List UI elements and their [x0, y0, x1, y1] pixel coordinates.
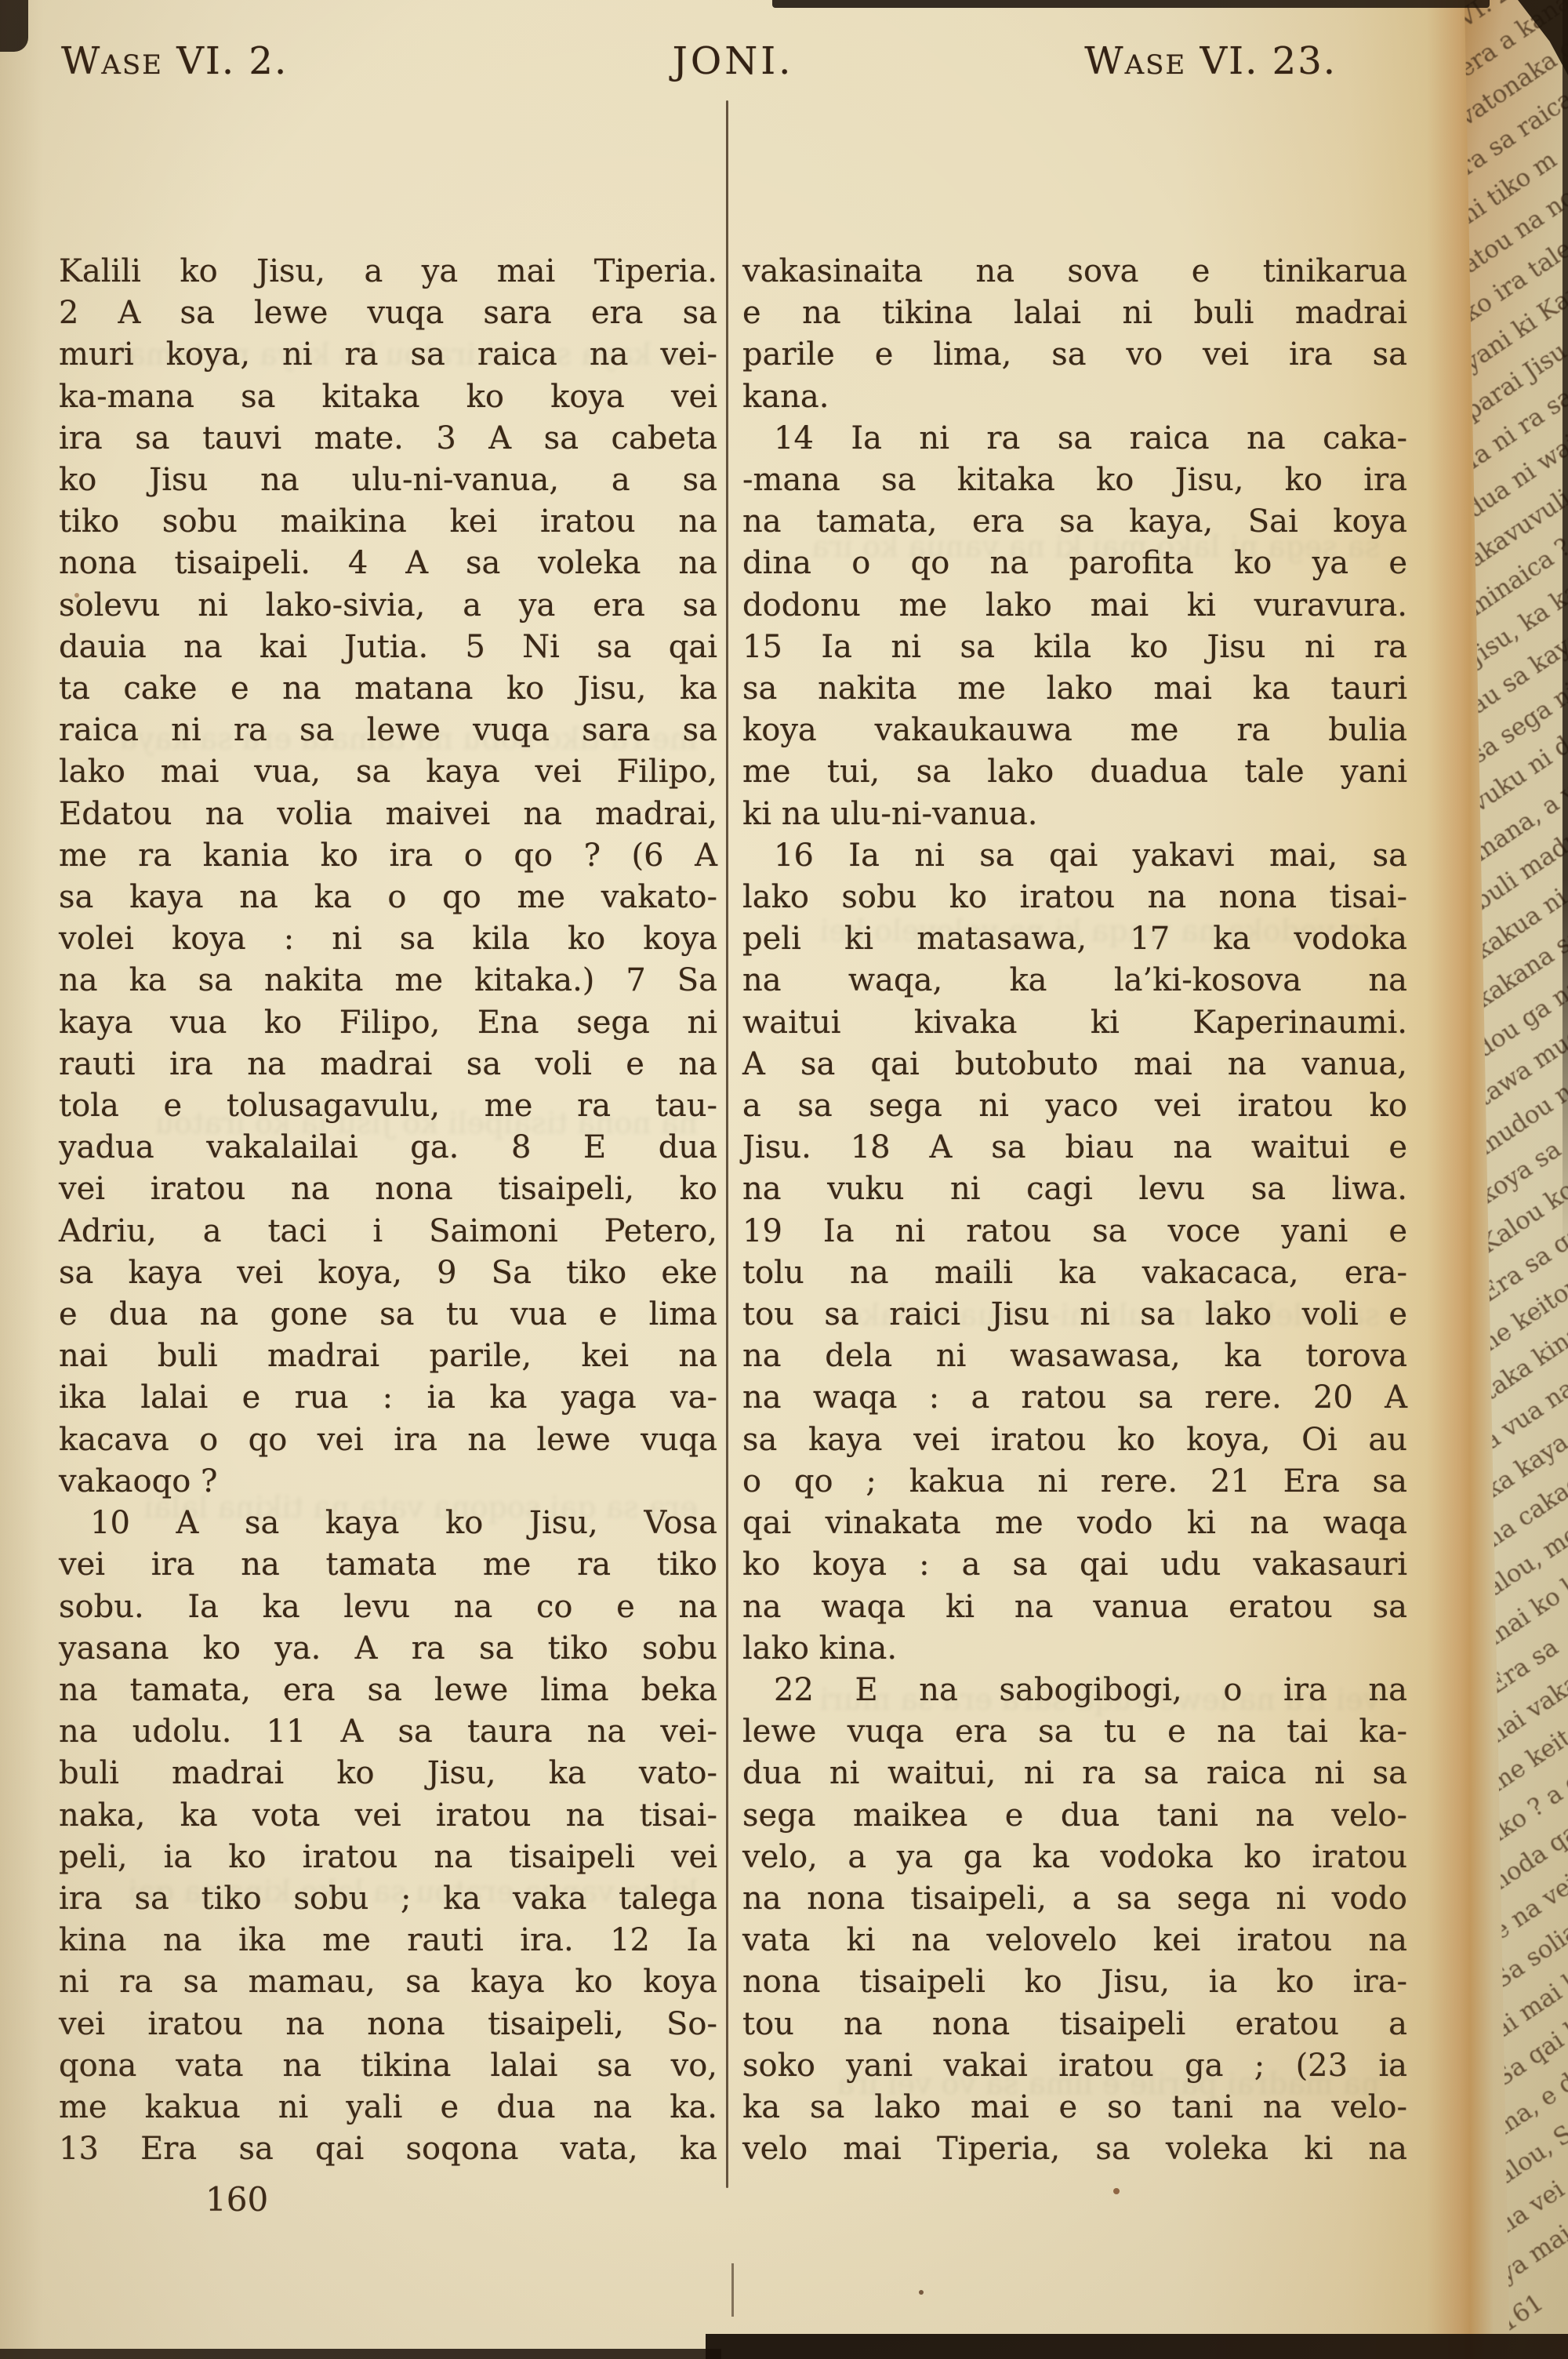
text-line: ni ra sa mamau, sa kaya ko koya — [59, 1961, 717, 2003]
text-column-right: vakasinaita na sova e tinikaruae na tiki… — [742, 251, 1407, 2170]
text-line: 19 Ia ni ratou sa voce yani e — [742, 1211, 1407, 1252]
text-line: peli ki matasawa, 17 ka vodoka — [742, 918, 1407, 960]
text-line: na vuku ni cagi levu sa liwa. — [742, 1169, 1407, 1210]
text-line: rauti ira na madrai sa voli e na — [59, 1044, 717, 1085]
text-line: tou na nona tisaipeli eratou a — [742, 2004, 1407, 2045]
text-line: peli, ia ko iratou na tisaipeli vei — [59, 1837, 717, 1878]
text-line: qai vinakata me vodo ki na waqa — [742, 1503, 1407, 1544]
text-line: sega maikea e dua tani na velo- — [742, 1795, 1407, 1837]
text-line: na nona tisaipeli, a sa sega ni vodo — [742, 1878, 1407, 1920]
text-line: 15 Ia ni sa kila ko Jisu ni ra — [742, 627, 1407, 668]
text-line: 10 A sa kaya ko Jisu, Vosa — [59, 1503, 717, 1544]
text-line: ki na ulu-ni-vanua. — [742, 794, 1407, 835]
text-line: o qo ; kakua ni rere. 21 Era sa — [742, 1461, 1407, 1503]
text-line: A sa qai butobuto mai na vanua, — [742, 1044, 1407, 1085]
text-line: na udolu. 11 A sa taura na vei- — [59, 1711, 717, 1753]
text-line: volei koya : ni sa kila ko koya — [59, 918, 717, 960]
text-line: me kakua ni yali e dua na ka. — [59, 2087, 717, 2128]
text-line: nai buli madrai parile, kei na — [59, 1336, 717, 1377]
photo-edge-top-left — [0, 0, 28, 52]
text-line: kacava o qo vei ira na lewe vuqa — [59, 1419, 717, 1461]
text-line: ira sa tauvi mate. 3 A sa cabeta — [59, 418, 717, 460]
text-line: 2 A sa lewe vuqa sara era sa — [59, 293, 717, 334]
text-line: tolu na maili ka vakacaca, era- — [742, 1252, 1407, 1294]
text-line: 13 Era sa qai soqona vata, ka — [59, 2128, 717, 2170]
text-line: nona tisaipeli ko Jisu, ia ko ira- — [742, 1961, 1407, 2003]
text-line: ka-mana sa kitaka ko koya vei — [59, 376, 717, 418]
text-line: ko Jisu na ulu-ni-vanua, a sa — [59, 460, 717, 501]
text-line: Jisu. 18 A sa biau na waitui e — [742, 1127, 1407, 1169]
running-head-right: Wase VI. 23. — [925, 39, 1337, 89]
photo-edge-right — [1563, 0, 1568, 1255]
text-column-left: Kalili ko Jisu, a ya mai Tiperia.2 A sa … — [59, 251, 717, 2170]
photo-edge-top — [772, 0, 1490, 8]
text-line: Edatou na volia maivei na madrai, — [59, 794, 717, 835]
text-line: na waqa ki na vanua eratou sa — [742, 1587, 1407, 1628]
text-line: raica ni ra sa lewe vuqa sara sa — [59, 710, 717, 751]
text-line: -mana sa kitaka ko Jisu, ko ira — [742, 460, 1407, 501]
text-line: tiko sobu maikina kei iratou na — [59, 501, 717, 543]
text-line: lako sobu ko iratou na nona tisai- — [742, 877, 1407, 918]
text-line: sa kaya vei iratou ko koya, Oi au — [742, 1419, 1407, 1461]
text-line: 16 Ia ni sa qai yakavi mai, sa — [742, 835, 1407, 877]
text-line: dodonu me lako mai ki vuravura. — [742, 585, 1407, 627]
text-line: me ra kania ko ira o qo ? (6 A — [59, 835, 717, 877]
text-line: lako kina. — [742, 1628, 1407, 1670]
text-line: Kalili ko Jisu, a ya mai Tiperia. — [59, 251, 717, 293]
foxing-speck — [919, 2290, 924, 2295]
text-line: nona tisaipeli. 4 A sa voleka na — [59, 543, 717, 584]
text-line: vei iratou na nona tisaipeli, ko — [59, 1169, 717, 1210]
text-line: vakaoqo ? — [59, 1461, 717, 1503]
text-line: ika lalai e rua : ia ka yaga va- — [59, 1377, 717, 1419]
text-line: yasana ko ya. A ra sa tiko sobu — [59, 1628, 717, 1670]
text-line: kina na ika me rauti ira. 12 Ia — [59, 1920, 717, 1961]
text-line: kana. — [742, 376, 1407, 418]
fore-edge-text-fragment: ya mai — [1494, 2219, 1568, 2288]
text-line: velo, a ya ga ka vodoka ko iratou — [742, 1837, 1407, 1878]
foxing-speck — [74, 593, 79, 598]
text-line: vei ira na tamata me ra tiko — [59, 1544, 717, 1586]
text-line: a sa sega ni yaco vei iratou ko — [742, 1085, 1407, 1127]
foxing-speck — [1113, 2188, 1120, 2194]
text-line: soko yani vakai iratou ga ; (23 ia — [742, 2045, 1407, 2087]
text-line: 22 E na sabogibogi, o ira na — [742, 1670, 1407, 1711]
text-line: na tamata, era sa kaya, Sai koya — [742, 501, 1407, 543]
text-line: 14 Ia ni ra sa raica na caka- — [742, 418, 1407, 460]
text-line: e na tikina lalai ni buli madrai — [742, 293, 1407, 334]
text-line: me tui, sa lako duadua tale yani — [742, 751, 1407, 793]
column-divider-rule-fragment — [731, 2263, 734, 2317]
fore-edge-next-page: VI. 24.era a kanavatonaka otira sa raica… — [1458, 0, 1568, 2359]
page-number: 160 — [205, 2180, 268, 2219]
text-line: dina o qo na parofita ko ya e — [742, 543, 1407, 584]
text-line: qona vata na tikina lalai sa vo, — [59, 2045, 717, 2087]
text-line: koya vakaukauwa me ra bulia — [742, 710, 1407, 751]
text-line: na tamata, era sa lewe lima beka — [59, 1670, 717, 1711]
text-line: na ka sa nakita me kitaka.) 7 Sa — [59, 960, 717, 1001]
text-line: velo mai Tiperia, sa voleka ki na — [742, 2128, 1407, 2170]
text-line: dauia na kai Jutia. 5 Ni sa qai — [59, 627, 717, 668]
text-line: na waqa : a ratou sa rere. 20 A — [742, 1377, 1407, 1419]
photo-edge-bottom-right — [706, 2334, 1568, 2359]
text-line: Adriu, a taci i Saimoni Petero, — [59, 1211, 717, 1252]
text-line: na waqa, ka la’ki-kosova na — [742, 960, 1407, 1001]
text-line: yadua vakalailai ga. 8 E dua — [59, 1127, 717, 1169]
text-line: tou sa raici Jisu ni sa lako voli e — [742, 1294, 1407, 1336]
text-line: waitui kivaka ki Kaperinaumi. — [742, 1002, 1407, 1044]
text-line: ira sa tiko sobu ; ka vaka talega — [59, 1878, 717, 1920]
text-line: na dela ni wasawasa, ka torova — [742, 1336, 1407, 1377]
text-line: ko koya : a sa qai udu vakasauri — [742, 1544, 1407, 1586]
text-line: muri koya, ni ra sa raica na vei- — [59, 334, 717, 376]
text-line: vakasinaita na sova e tinikarua — [742, 251, 1407, 293]
text-line: sobu. Ia ka levu na co e na — [59, 1587, 717, 1628]
text-line: ta cake e na matana ko Jisu, ka — [59, 668, 717, 710]
text-line: sa kaya vei koya, 9 Sa tiko eke — [59, 1252, 717, 1294]
text-line: kaya vua ko Filipo, Ena sega ni — [59, 1002, 717, 1044]
text-line: ka sa lako mai e so tani na velo- — [742, 2087, 1407, 2128]
text-line: sa kaya na ka o qo me vakato- — [59, 877, 717, 918]
text-line: solevu ni lako-sivia, a ya era sa — [59, 585, 717, 627]
text-line: vata ki na velovelo kei iratou na — [742, 1920, 1407, 1961]
text-line: e dua na gone sa tu vua e lima — [59, 1294, 717, 1336]
book-page-scan: na kaya sa vei iratou ko koya na tamatas… — [0, 0, 1568, 2359]
text-line: tola e tolusagavulu, me ra tau- — [59, 1085, 717, 1127]
text-line: vei iratou na nona tisaipeli, So- — [59, 2004, 717, 2045]
text-line: sa nakita me lako mai ka tauri — [742, 668, 1407, 710]
column-divider-rule — [726, 100, 728, 2188]
text-line: naka, ka vota vei iratou na tisai- — [59, 1795, 717, 1837]
text-line: parile e lima, sa vo vei ira sa — [742, 334, 1407, 376]
text-line: lewe vuqa era sa tu e na tai ka- — [742, 1711, 1407, 1753]
photo-edge-bottom-left — [0, 2349, 721, 2359]
text-line: dua ni waitui, ni ra sa raica ni sa — [742, 1753, 1407, 1794]
text-line: lako mai vua, sa kaya vei Filipo, — [59, 751, 717, 793]
fore-edge-text-fragment: 161 — [1494, 2288, 1548, 2337]
text-line: buli madrai ko Jisu, ka vato- — [59, 1753, 717, 1794]
